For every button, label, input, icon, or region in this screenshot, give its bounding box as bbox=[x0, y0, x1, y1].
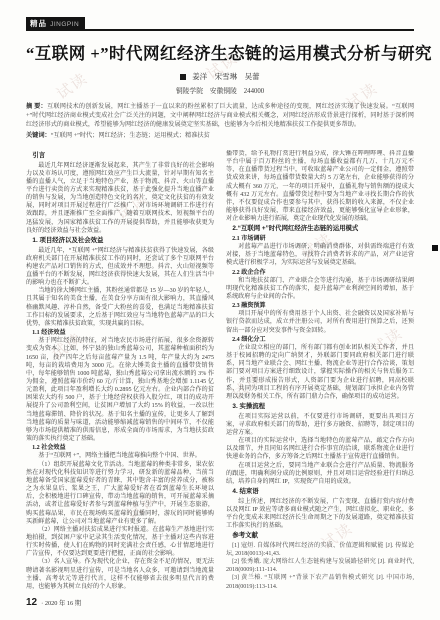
author-names: 姜洋 宋雪琳 吴蕾 bbox=[192, 72, 260, 81]
footer-separator: · bbox=[41, 600, 43, 607]
paragraph: 播带货，给予礼物打赏进行利益分成，徐大锤在哔哩哔哩、抖音直播平台中属于百万粉丝的… bbox=[226, 150, 414, 223]
paragraph: 当地的徐大锤网红主播，其粉丝通常都是 15 岁—30 岁的年轻人，且其属于知名的… bbox=[26, 287, 214, 328]
paragraph: （3）名人宣导。作为现代化企业，存在资金不足的情况，更无法聘请著名影视明星进行宣… bbox=[26, 558, 214, 590]
abstract-text: 互联网技术的创新发展，网红主播基于一直以来的粉丝累积了巨大流量，达成多种途径的变… bbox=[26, 103, 414, 128]
authors-line: 姜洋 宋雪琳 吴蕾 bbox=[26, 71, 414, 82]
header-rule: 精品 JINGPIN bbox=[26, 14, 414, 31]
page-footer: 12· 2020 年 16 期 bbox=[26, 597, 81, 608]
paragraph: 基于“互联网 +”，网络主播把当地蓝莓推向整个中国、世界。 bbox=[26, 452, 214, 460]
paragraph: 最近几年网红经济逐渐发展起来，其产生了非常良好的社会影响力以及市场认可度，遵照网… bbox=[26, 162, 214, 235]
paragraph: 项目开展中的所有费用基于个人出资、社会融资以及国家补贴与银行贷款而达成，成立并注… bbox=[226, 310, 414, 334]
reference-item: [2] 张秀娥. 庞大网络红人生态链构建与发展路径研究 [J]. 商业时代, 2… bbox=[226, 558, 414, 574]
badge-cn-label: 精品 bbox=[30, 19, 47, 28]
paragraph: 在项目的实际运营中，选择当地特色的蓝莓产品，敲定合作方向以及细节，并且同知名网红… bbox=[226, 437, 414, 461]
paragraph: （2）网络主播对扶贫成果进行实时报道。在蓝莓生产基地进行实地拍摄，到贫困户家中记… bbox=[26, 526, 214, 559]
paragraph: 在项目运营之后，要同当地产业联合会进行产品质量、物流服务的跟进，明确利润分成的比… bbox=[226, 462, 414, 486]
subsection-heading: 1.2 社会效益 bbox=[26, 444, 214, 452]
paragraph: 综上所述，网红经济的不断发展，广告变现、直播打赏内容付费以及网红 IP 效应等诸… bbox=[226, 498, 414, 531]
column-left: 引言最近几年网红经济逐渐发展起来，其产生了非常良好的社会影响力以及市场认可度，遵… bbox=[26, 150, 214, 590]
section-heading: 4. 结束语 bbox=[226, 488, 414, 497]
page-number: 12 bbox=[26, 597, 37, 608]
paragraph: 最近几年，“互联网 +”网红经济与精准扶贫获得了快速发展，各级政府机关部门在开展… bbox=[26, 247, 214, 288]
section-heading: 参考文献 bbox=[226, 532, 414, 541]
paragraph: 对蓝莓产品进行市场调研，明确消费群体，对供需终端进行有效对接，基于当地蓝莓特色，… bbox=[226, 243, 414, 267]
section-heading: 引言 bbox=[26, 152, 214, 161]
subsection-heading: 2.4 细化分工 bbox=[226, 336, 414, 344]
page-content: 精品 JINGPIN “互联网 +”时代网红经济生态链的运用模式分析与研究 姜洋… bbox=[0, 0, 440, 590]
subsection-heading: 2.3 融资预算 bbox=[226, 302, 414, 310]
jingpin-badge: 精品 JINGPIN bbox=[26, 17, 85, 30]
abstract: 摘 要：互联网技术的创新发展，网红主播基于一直以来的粉丝累积了巨大流量，达成多种… bbox=[26, 103, 414, 130]
journal-page: 试读 试读 试读 试读 试读 试读 试读 试读 试读 试读 精品 JINGPIN… bbox=[0, 0, 440, 620]
keywords-line: 关键词：“互联网 +”时代；网红经济；生态链；运用模式；精准扶贫 bbox=[26, 132, 414, 141]
author-marker-icon bbox=[180, 74, 186, 80]
subsection-heading: 2.2 政企合作 bbox=[226, 269, 414, 277]
badge-en-label: JINGPIN bbox=[50, 21, 79, 28]
paragraph: 和当地扶贫部门、产业联合会等进行沟通，基于市场调研结果阐明现代化精准扶贫工作的落… bbox=[226, 277, 414, 301]
subsection-heading: 2.1 市场调研 bbox=[226, 235, 414, 243]
body-columns: 引言最近几年网红经济逐渐发展起来，其产生了非常良好的社会影响力以及市场认可度，遵… bbox=[26, 150, 414, 590]
paragraph: 企业设立相应的部门，所有部门都有创业团队相关工作者，并且基于校园招聘的定向广纳贤… bbox=[226, 344, 414, 401]
keywords-text: “互联网 +”时代；网红经济；生态链；运用模式；精准扶贫 bbox=[51, 132, 210, 139]
abstract-label: 摘 要： bbox=[26, 103, 47, 110]
section-heading: 2.“互联网 +”时代网红经济生态链的运用模式 bbox=[226, 225, 414, 234]
reference-item: [1] 寇烜. 自媒体时代网红经济的实质、价值逻辑和赋能 [J]. 传媒论坛, … bbox=[226, 542, 414, 558]
page-edge-marker bbox=[432, 245, 438, 251]
keywords-label: 关键词： bbox=[26, 132, 51, 139]
affiliation-line: 铜陵学院 安徽铜陵 244000 bbox=[26, 85, 414, 95]
section-heading: 1. 项目经济以及社会效益 bbox=[26, 237, 214, 246]
subsection-heading: 1.1 经济效益 bbox=[26, 329, 214, 337]
section-heading: 3. 实操流程 bbox=[226, 403, 414, 412]
paragraph: 在项目实际运营以前，不仅要进行市场调研，更要出具项目方案，寻求政府相关部门的帮助… bbox=[226, 413, 414, 437]
paragraph: （1）组织开展蓝莓文化节活动。当地蓝莓的种类非常多，果农依然在对现代化科技知识等… bbox=[26, 461, 214, 526]
reference-item: [3] 黄兰椿. “互联网 +”背景下农产品销售模式研究 [J]. 中国市场, … bbox=[226, 574, 414, 590]
paragraph: 基于网红经济的特征，对当地农民市场进行拓展，很多余资源转变成为资本。比如，怀宁县… bbox=[26, 337, 214, 443]
issue-label: 2020 年 16 期 bbox=[45, 600, 81, 607]
page-title: “互联网 +”时代网红经济生态链的运用模式分析与研究 bbox=[26, 40, 414, 64]
column-right: 播带货，给予礼物打赏进行利益分成，徐大锤在哔哩哔哩、抖音直播平台中属于百万粉丝的… bbox=[226, 150, 414, 590]
